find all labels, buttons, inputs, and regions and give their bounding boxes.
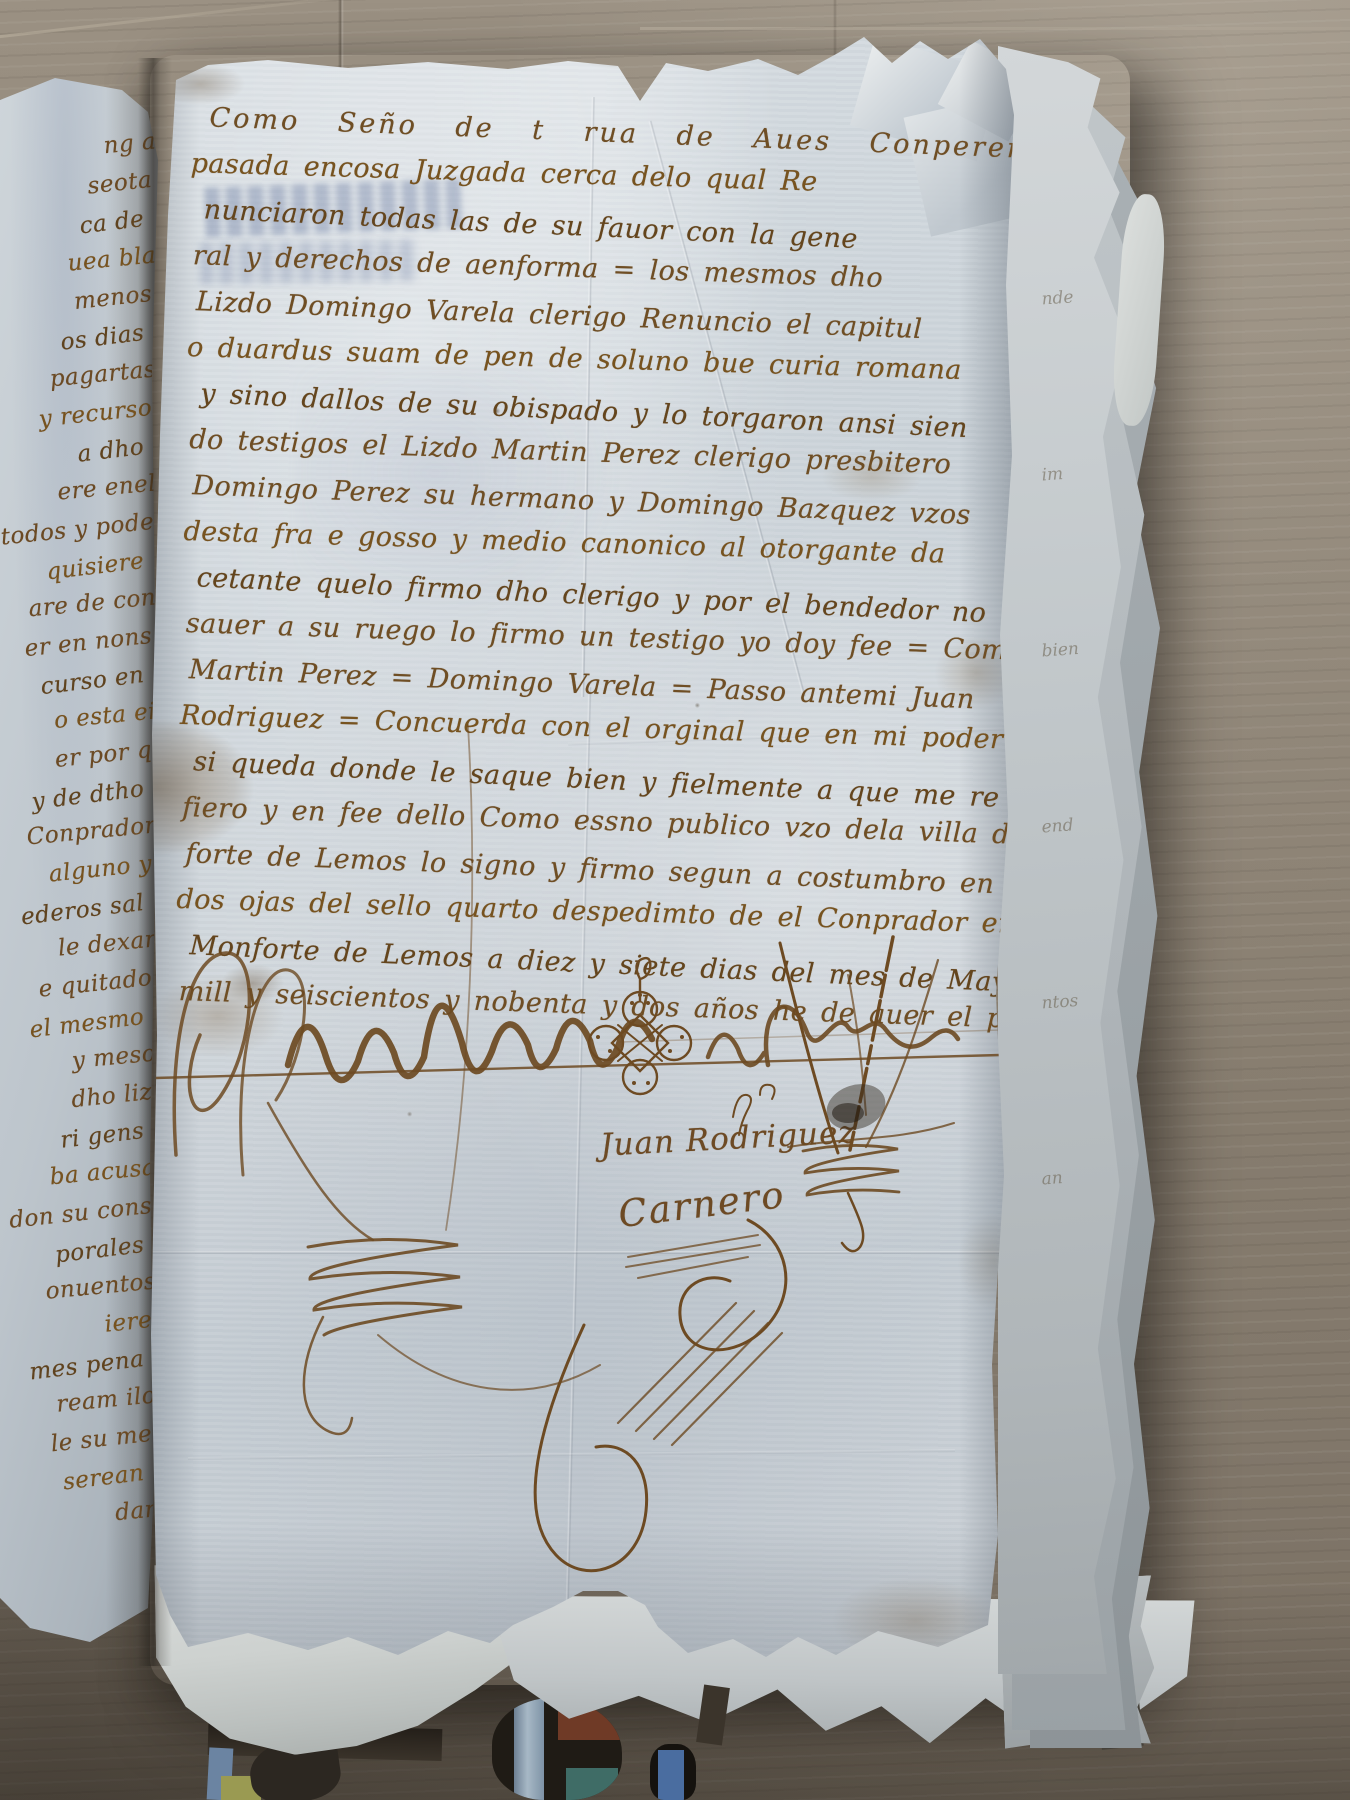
hidden-object-teal <box>566 1768 618 1800</box>
stack-edge-fragment: end <box>1041 811 1143 852</box>
left-page: ng aseotaca deuea blamenosos diaspagarta… <box>0 70 160 1666</box>
photo-scene: ndeimbienendntosan ng aseotaca deuea bla… <box>0 0 1350 1800</box>
cardboard-ridge-line <box>640 27 1350 30</box>
cardboard-hole-small <box>650 1744 696 1800</box>
stack-edge-fragment: bien <box>1041 635 1143 676</box>
paper-crease <box>188 1449 955 1460</box>
hidden-object-steel-blue <box>514 1698 544 1800</box>
signature-carnero: Carnero <box>616 1173 788 1236</box>
rubric-coil-tail <box>304 1317 352 1434</box>
carnero-tail-loop <box>680 1220 786 1350</box>
rubric-hook <box>842 1193 863 1251</box>
stack-edge-fragment: ntos <box>1041 987 1143 1028</box>
rubric-coil-left <box>308 1239 462 1335</box>
main-page: Como Seño de t rua de Aues Conperentepas… <box>148 35 1020 1670</box>
hidden-object-blue <box>658 1750 684 1800</box>
left-page-text: ng aseotaca deuea blamenosos diaspagarta… <box>0 122 160 1528</box>
rubric-sweep <box>378 1335 600 1390</box>
paper-crease <box>148 1251 1020 1254</box>
rubric-hatch-scribble <box>618 1303 782 1445</box>
carnero-underscribble <box>626 1235 760 1278</box>
cardboard-hole <box>492 1698 622 1800</box>
stack-edge-fragment: an <box>1041 1163 1143 1204</box>
rubric-coil-right <box>803 1145 899 1195</box>
manuscript-text-block: Como Seño de t rua de Aues Conperentepas… <box>172 95 1002 1030</box>
notary-rule-line <box>155 1055 1000 1078</box>
rubric-big-curl <box>535 1325 647 1571</box>
stack-edge-fragment: nde <box>1041 283 1143 324</box>
stack-edge-writing: ndeimbienendntosan <box>1042 286 1142 1342</box>
flourish-descender <box>268 1103 373 1240</box>
stack-edge-fragment: im <box>1041 459 1143 500</box>
signature-juan-rodriguez: Juan Rodriguez <box>599 1114 856 1163</box>
